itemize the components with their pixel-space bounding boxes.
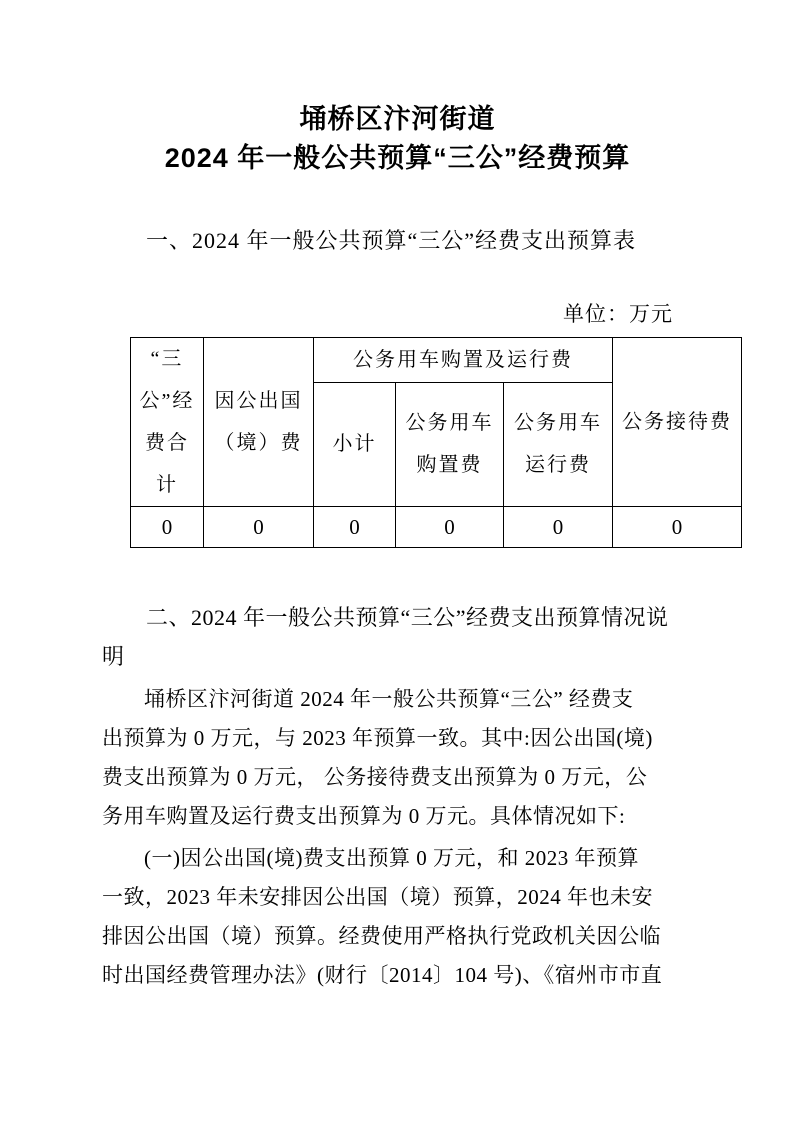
header-cell-abroad: 因公出国 （境）费 [204,338,314,507]
value-cell-vehicle-operation: 0 [504,507,613,548]
value-cell-reception: 0 [613,507,742,548]
header-cell-total: “三 公”经 费合 计 [131,338,204,507]
value-cell-total: 0 [131,507,204,548]
header-cell-vehicle-purchase: 公务用车 购置费 [396,382,504,506]
header-cell-vehicle-subtotal: 小计 [314,382,396,506]
document-page: 埇桥区汴河街道 2024 年一般公共预算“三公”经费预算 一、2024 年一般公… [0,0,793,1122]
document-title: 埇桥区汴河街道 2024 年一般公共预算“三公”经费预算 [102,100,693,178]
section1-heading: 一、2024 年一般公共预算“三公”经费支出预算表 [102,221,693,260]
table-header-row-1: “三 公”经 费合 计 因公出国 （境）费 公务用车购置及运行费 公务接待费 [131,338,742,383]
section2-heading: 二、2024 年一般公共预算“三公”经费支出预算情况说 明 [102,598,693,676]
header-cell-reception: 公务接待费 [613,338,742,507]
header-cell-vehicle-operation: 公务用车 运行费 [504,382,613,506]
paragraph-abroad-detail: (一)因公出国(境)费支出预算 0 万元，和 2023 年预算 一致，2023 … [102,839,693,995]
paragraph-budget-summary: 埇桥区汴河街道 2024 年一般公共预算“三公” 经费支 出预算为 0 万元，与… [102,680,693,836]
header-cell-vehicle-group: 公务用车购置及运行费 [314,338,613,383]
document-title-line1: 埇桥区汴河街道 [102,100,693,139]
value-cell-vehicle-subtotal: 0 [314,507,396,548]
value-cell-abroad: 0 [204,507,314,548]
document-content: 埇桥区汴河街道 2024 年一般公共预算“三公”经费预算 一、2024 年一般公… [0,100,793,995]
table-data-row: 0 0 0 0 0 0 [131,507,742,548]
sangong-budget-table: “三 公”经 费合 计 因公出国 （境）费 公务用车购置及运行费 公务接待费 小… [130,337,742,548]
document-title-line2: 2024 年一般公共预算“三公”经费预算 [102,139,693,178]
unit-note: 单位：万元 [102,295,693,334]
value-cell-vehicle-purchase: 0 [396,507,504,548]
